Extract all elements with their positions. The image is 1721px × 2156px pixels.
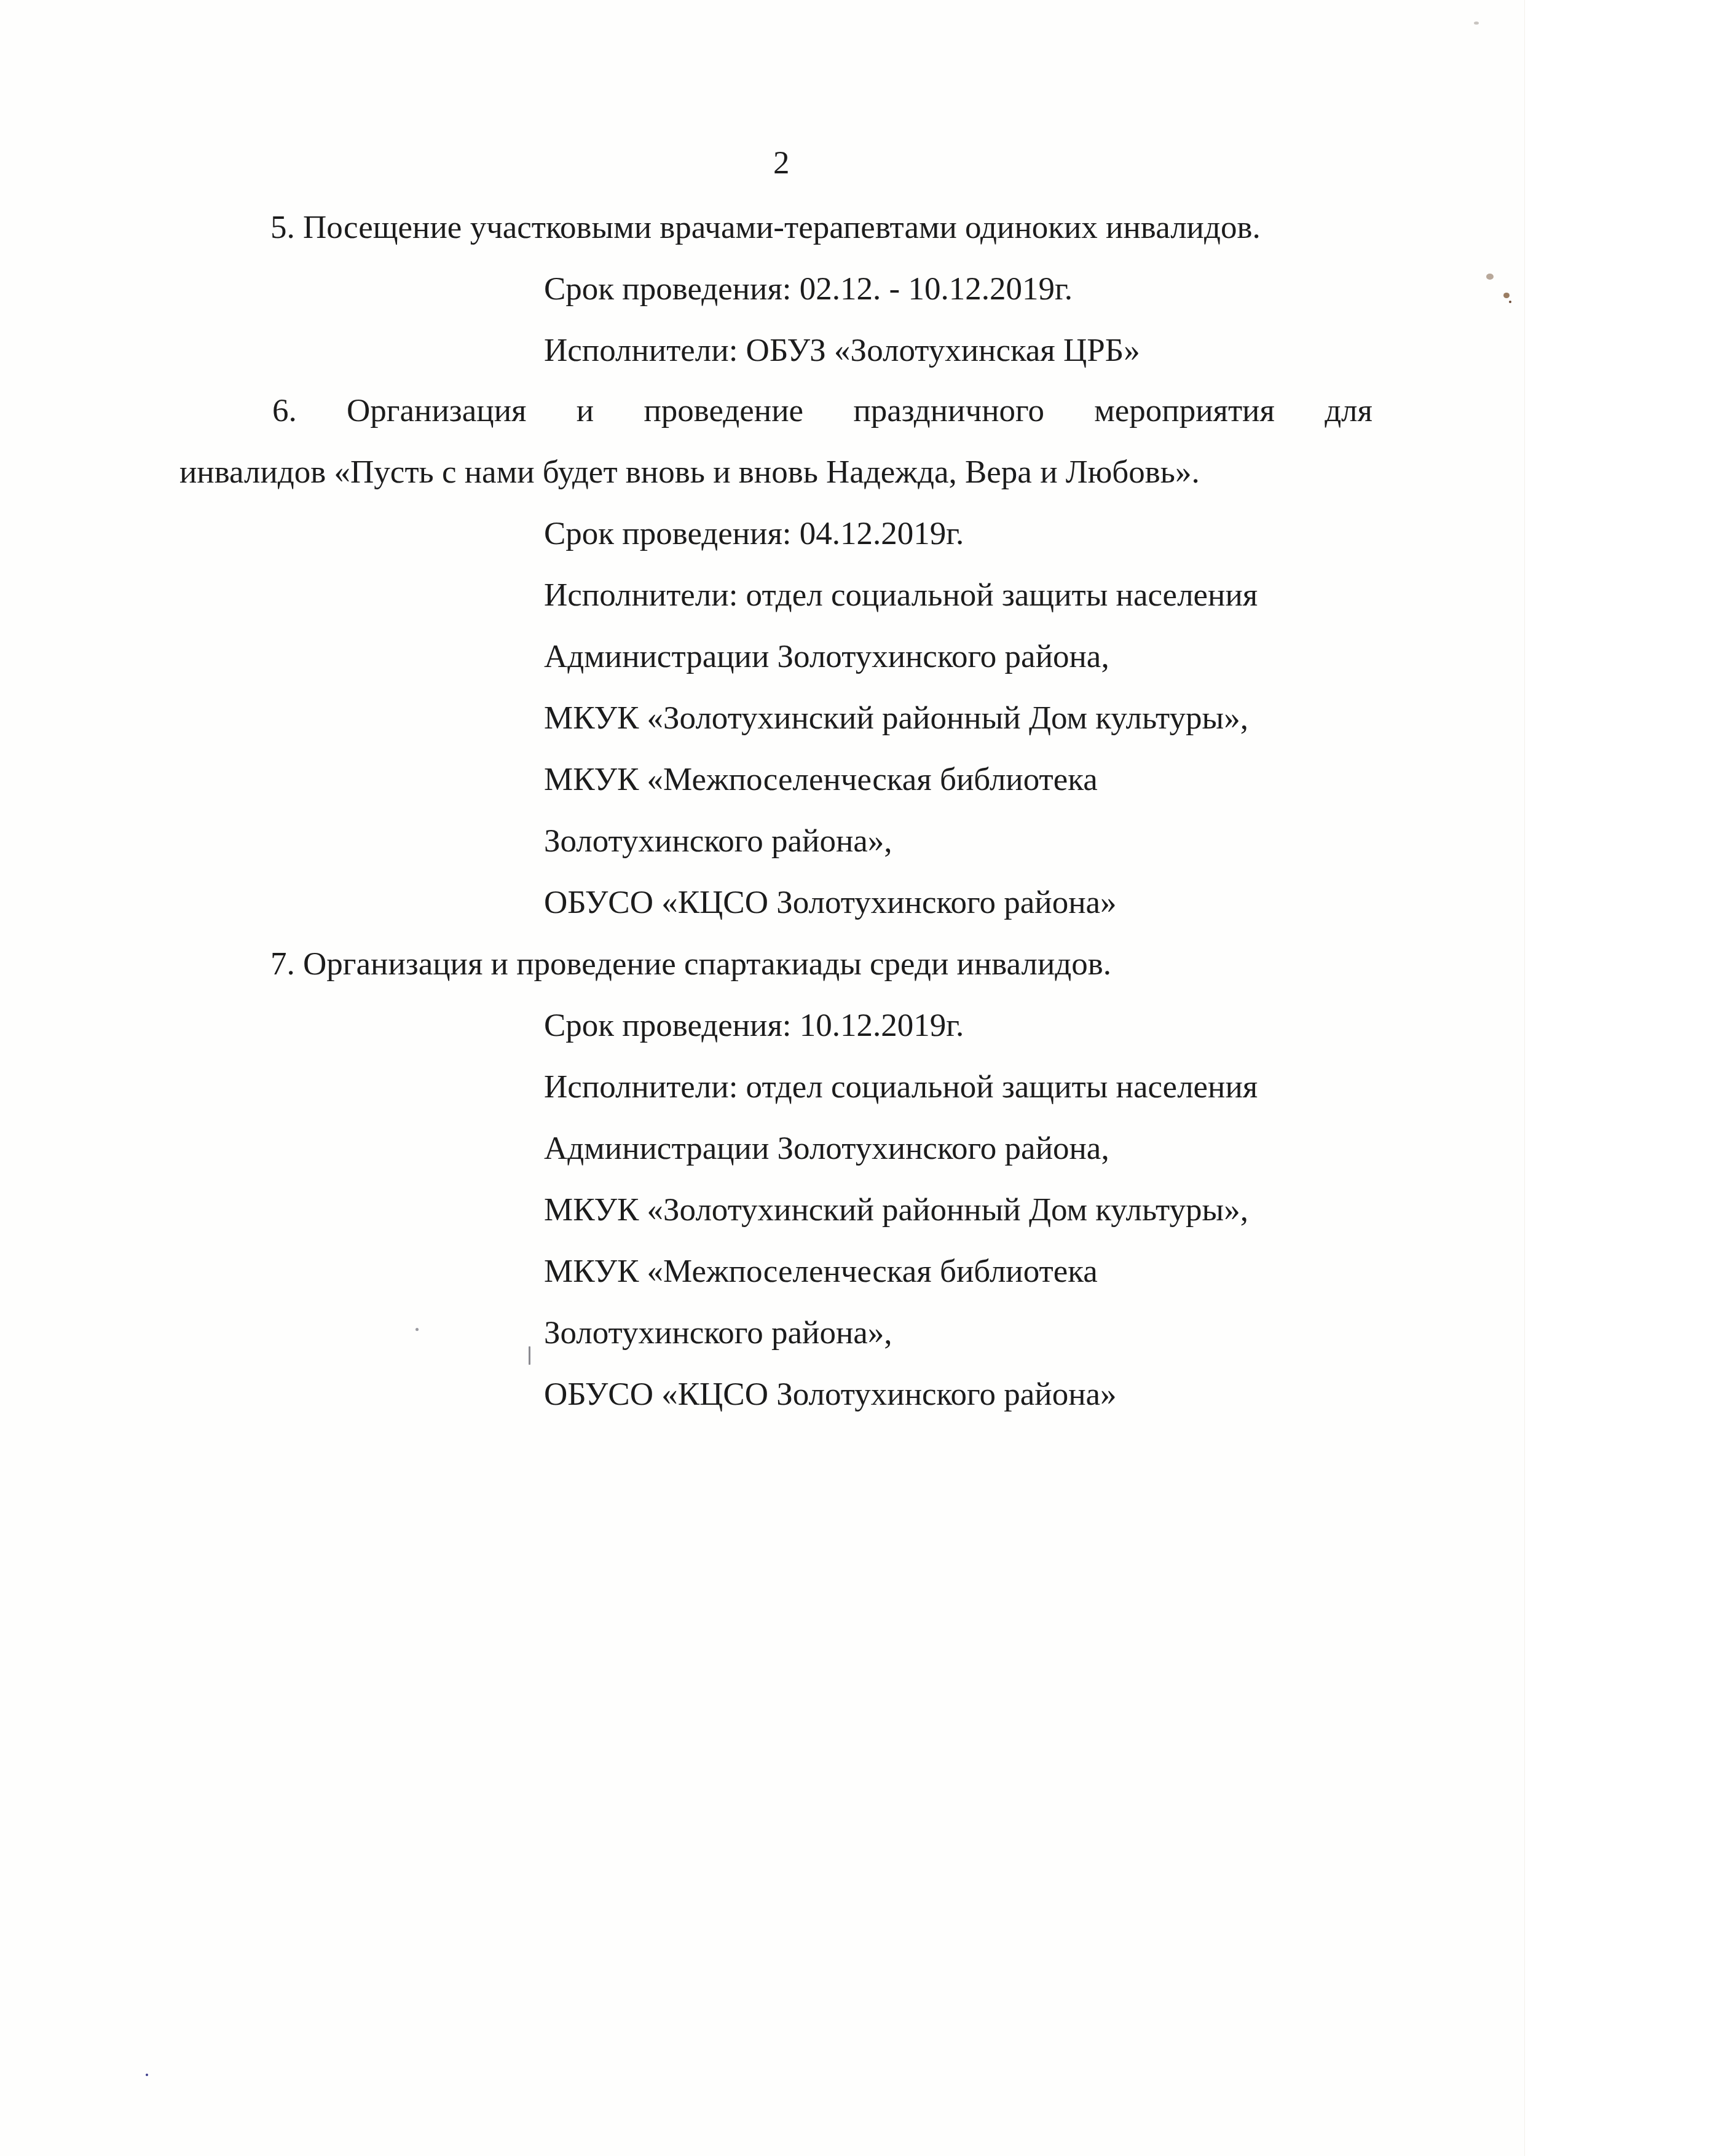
item-6-executor-line: Администрации Золотухинского района, — [544, 638, 1109, 675]
item-7-executor-line: МКУК «Золотухинский районный Дом культур… — [544, 1191, 1248, 1228]
item-6-word: проведение — [644, 392, 803, 429]
item-5-title: 5. Посещение участковыми врачами-терапев… — [270, 209, 1261, 246]
item-6-executor-line: МКУК «Золотухинский районный Дом культур… — [544, 700, 1248, 736]
scan-mark — [529, 1346, 530, 1365]
item-6-executor-line: Исполнители: отдел социальной защиты нас… — [544, 577, 1258, 614]
item-7-executor-line: Золотухинского района», — [544, 1314, 892, 1351]
item-7-executor-line: Администрации Золотухинского района, — [544, 1130, 1109, 1167]
scanned-page: 2 5. Посещение участковыми врачами-терап… — [0, 0, 1525, 2156]
item-6-title-continuation: инвалидов «Пусть с нами будет вновь и вн… — [179, 454, 1200, 491]
item-6-executor-line: Золотухинского района», — [544, 823, 892, 859]
scan-speck — [1509, 301, 1511, 303]
item-6-word: и — [577, 392, 594, 429]
item-6-title-first-line: 6. Организация и проведение праздничного… — [272, 392, 1372, 429]
item-7-executor-line: МКУК «Межпоселенческая библиотека — [544, 1253, 1098, 1290]
item-6-executor-line: МКУК «Межпоселенческая библиотека — [544, 761, 1098, 798]
item-6-term: Срок проведения: 04.12.2019г. — [544, 515, 964, 552]
scan-speck — [1486, 274, 1494, 280]
item-7-executor-line: Исполнители: отдел социальной защиты нас… — [544, 1068, 1258, 1105]
item-7-title: 7. Организация и проведение спартакиады … — [270, 946, 1111, 982]
scan-speck — [1474, 22, 1479, 25]
item-6-word: праздничного — [853, 392, 1044, 429]
item-5-executors: Исполнители: ОБУЗ «Золотухинская ЦРБ» — [544, 332, 1140, 369]
item-6-word: Организация — [347, 392, 526, 429]
scan-speck — [146, 2074, 148, 2076]
scan-speck — [415, 1328, 419, 1331]
item-5-term: Срок проведения: 02.12. - 10.12.2019г. — [544, 270, 1073, 307]
page-number: 2 — [773, 144, 790, 181]
item-6-word: мероприятия — [1094, 392, 1275, 429]
scan-speck — [1503, 293, 1510, 298]
item-6-word: для — [1325, 392, 1372, 429]
item-7-executor-line: ОБУСО «КЦСО Золотухинского района» — [544, 1376, 1117, 1413]
item-7-term: Срок проведения: 10.12.2019г. — [544, 1007, 964, 1044]
item-6-executor-line: ОБУСО «КЦСО Золотухинского района» — [544, 884, 1117, 921]
item-6-word: 6. — [272, 392, 297, 429]
